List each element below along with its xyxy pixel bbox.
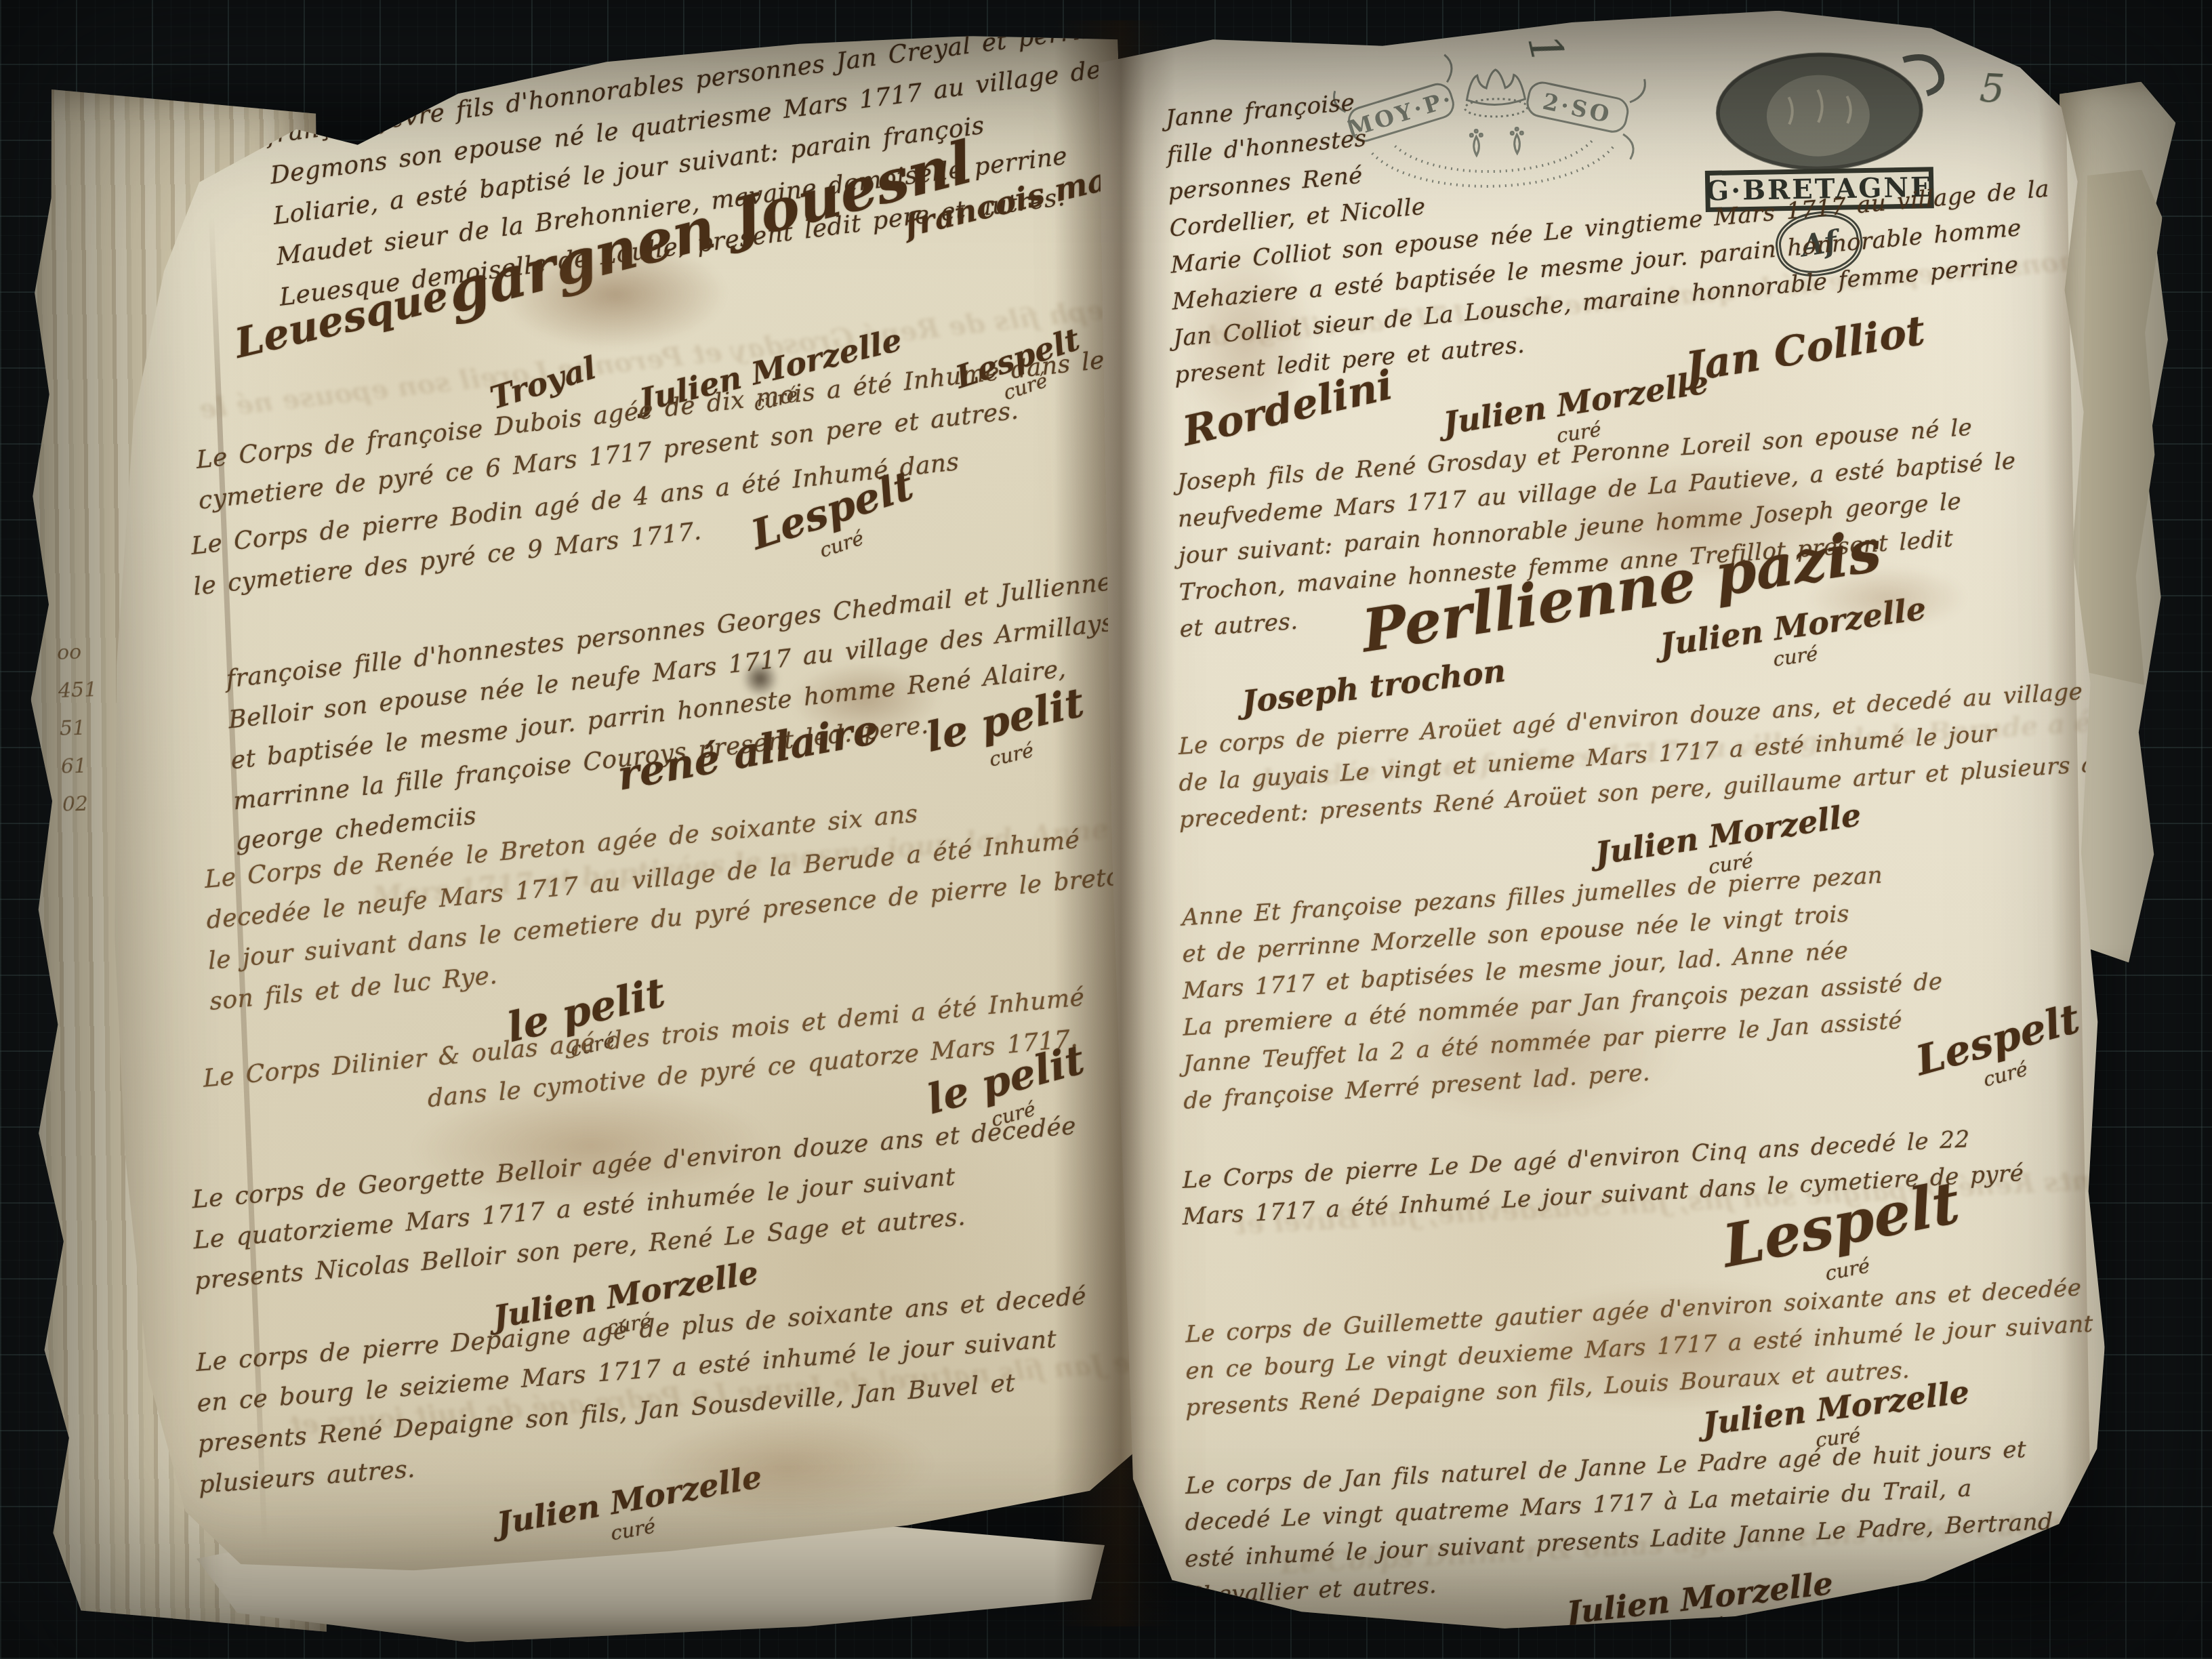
page-edge-numbers: oo 451 51 61 02	[56, 633, 102, 824]
baptism-record: Joseph fils de René Grosday et Peronne L…	[1177, 406, 2018, 648]
baptism-record: Anne Et françoise pezans filles jumelles…	[1182, 853, 1944, 1120]
burial-record: Le corps de Guillemette gautier agée d'e…	[1186, 1269, 2093, 1426]
edge-number: oo	[56, 633, 96, 672]
burial-record: Le corps de Georgette Belloir agée d'env…	[192, 1106, 1080, 1303]
edge-number: 61	[60, 747, 100, 786]
burial-record: Le corps de pierre Depaigne agé de plus …	[196, 1276, 1090, 1506]
edge-number: 51	[59, 709, 99, 748]
burial-record: Le Corps de pierre Le De agé d'environ C…	[1183, 1118, 2024, 1235]
baptism-record: Janne françoise fille d'honnestes person…	[1165, 24, 2053, 394]
right-page: Degmons son epouse né le quatriesme Mars…	[1097, 5, 2135, 1635]
edge-number: 451	[58, 671, 98, 710]
left-page: Joseph fils de René Grosday et Peronne L…	[95, 33, 1153, 1580]
edge-number: 02	[62, 785, 102, 824]
